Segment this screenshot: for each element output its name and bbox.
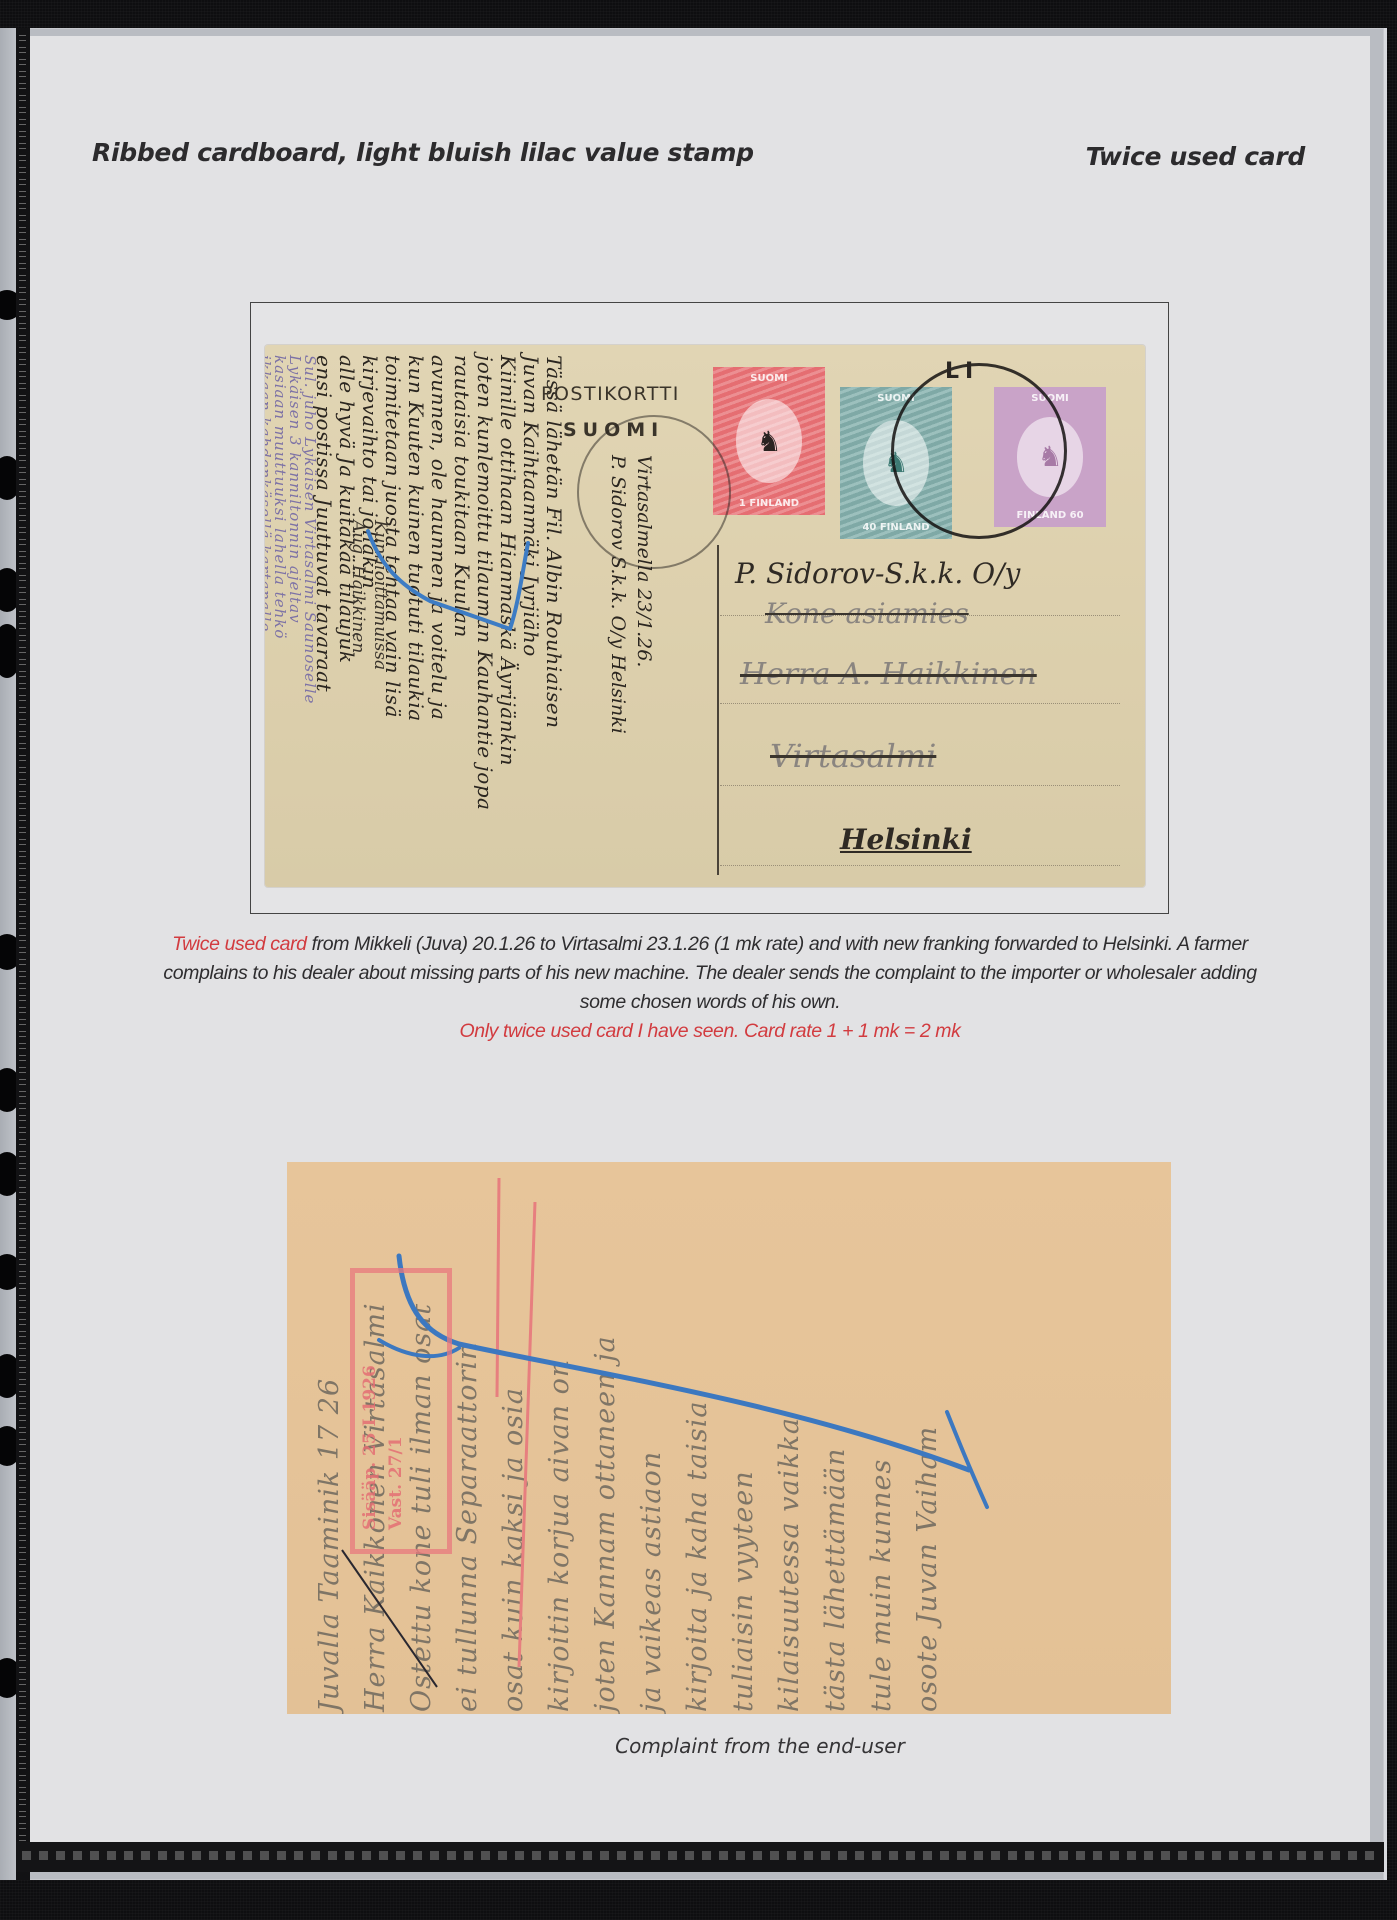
- secondary-caption: Complaint from the end-user: [400, 1734, 1120, 1758]
- address-line: [720, 865, 1120, 866]
- address-line-4: Virtasalmi: [770, 737, 936, 775]
- address-line-1: P. Sidorov-S.k.k. O/y: [735, 557, 1020, 590]
- receipt-stamp-line1: Sisääp. 25 I 1926: [360, 1365, 380, 1530]
- sleeve-seam-left: [16, 28, 30, 1880]
- handwriting-violet: Sul. juho Lykäisen Virtasalmi Saunoselle…: [265, 355, 317, 704]
- address-line: [720, 785, 1120, 786]
- lion-crest-icon: ♞: [736, 399, 803, 483]
- caption-highlight: Twice used card: [172, 933, 307, 955]
- postmark-circle: [577, 415, 731, 569]
- receipt-stamp-line2: Vast. 27/1: [386, 1436, 406, 1530]
- blue-crayon-mark: [360, 525, 540, 635]
- page-title: Ribbed cardboard, light bluish lilac val…: [92, 138, 754, 167]
- postcard-front: Sul. juho Lykäisen Virtasalmi Saunoselle…: [265, 345, 1145, 887]
- address-divider: [717, 545, 719, 875]
- caption-rate-note: Only twice used card I have seen. Card r…: [460, 1020, 961, 1042]
- printed-card-title: POSTIKORTTI: [541, 383, 680, 405]
- address-line: [720, 703, 1120, 704]
- main-caption: Twice used card from Mikkeli (Juva) 20.1…: [160, 930, 1260, 1046]
- page-subtitle: Twice used card: [1086, 142, 1305, 171]
- postmark-circle: [891, 363, 1067, 539]
- address-line-3: Herra A. Haikkinen: [740, 657, 1037, 692]
- address-line-5: Helsinki: [840, 823, 972, 856]
- address-line-2: Kone asiamies: [765, 597, 969, 630]
- postmark-text: LI: [945, 359, 979, 384]
- sleeve-seam-bottom: [16, 1842, 1384, 1872]
- caption-body: from Mikkeli (Juva) 20.1.26 to Virtasalm…: [163, 933, 1256, 1013]
